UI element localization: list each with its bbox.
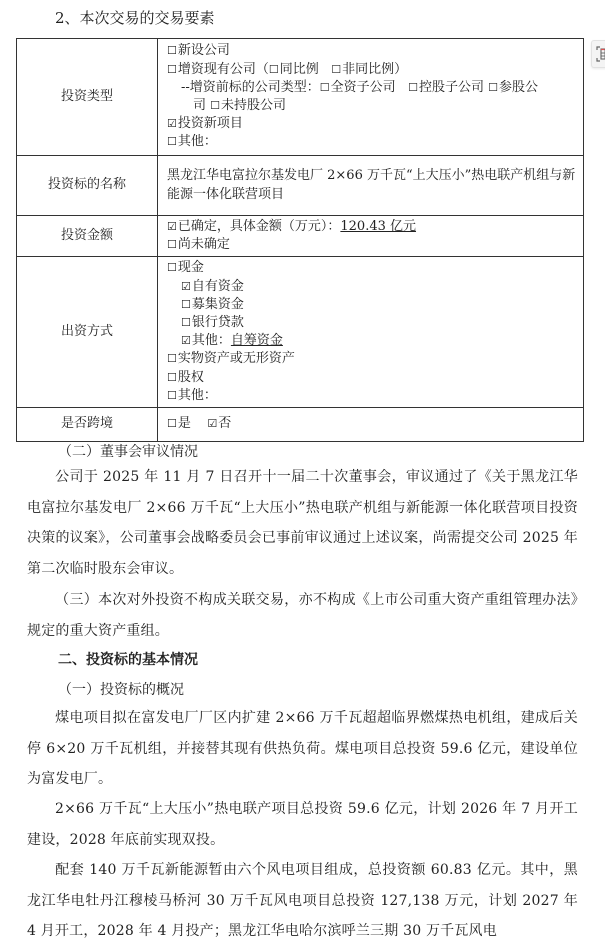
label-amount: 投资金额 — [17, 216, 158, 257]
amount-value: 120.43 亿元 — [340, 219, 416, 234]
value-funding-method: ☐现金 ☑自有资金 ☐募集资金 ☐银行贷款 ☑其他：自筹资金 ☐实物资产或无形资… — [158, 257, 584, 408]
checkbox-unchecked-icon[interactable]: ☐ — [167, 371, 177, 384]
pre-increase-company-type-cont: 司 ☐未持股公司 — [167, 97, 577, 115]
checkbox-unchecked-icon[interactable]: ☐ — [167, 238, 177, 251]
heading-target-overview: （一）投资标的概况 — [58, 680, 184, 700]
table-row-investment-type: 投资类型 ☐新设公司 ☐增资现有公司（☐同比例 ☐非同比例） --增资前标的公司… — [17, 39, 584, 156]
checkbox-unchecked-icon[interactable]: ☐ — [167, 44, 177, 57]
checkbox-unchecked-icon[interactable]: ☐ — [320, 81, 330, 94]
value-investment-type: ☐新设公司 ☐增资现有公司（☐同比例 ☐非同比例） --增资前标的公司类型：☐全… — [158, 39, 584, 156]
paragraph-related-transaction: （三）本次对外投资不构成关联交易，亦不构成《上市公司重大资产重组管理办法》规定的… — [27, 585, 578, 646]
option-physical-assets[interactable]: ☐实物资产或无形资产 — [167, 350, 577, 368]
paragraph-board-review: 公司于 2025 年 11 月 7 日召开十一届二十次董事会，审议通过了《关于黑… — [27, 462, 578, 584]
label-funding-method: 出资方式 — [17, 257, 158, 408]
label-target-name: 投资标的名称 — [17, 156, 158, 216]
checkbox-unchecked-icon[interactable]: ☐ — [488, 81, 498, 94]
label-cross-border: 是否跨境 — [17, 408, 158, 442]
option-raised-funds[interactable]: ☐募集资金 — [167, 296, 577, 314]
paragraph-chp-project: 2×66 万千瓦“上大压小”热电联产项目总投资 59.6 亿元，计划 2026 … — [27, 794, 578, 855]
floating-tool-button[interactable] — [591, 40, 605, 68]
heading-board-review: （二）董事会审议情况 — [58, 442, 198, 462]
table-row-amount: 投资金额 ☑已确定，具体金额（万元）：120.43 亿元 ☐尚未确定 — [17, 216, 584, 257]
checkbox-unchecked-icon[interactable]: ☐ — [167, 63, 177, 76]
pre-increase-company-type: --增资前标的公司类型：☐全资子公司 ☐控股子公司 ☐参股公 — [167, 79, 577, 97]
checkbox-unchecked-icon[interactable]: ☐ — [167, 261, 177, 274]
checkbox-unchecked-icon[interactable]: ☐ — [167, 417, 177, 430]
table-row-funding-method: 出资方式 ☐现金 ☑自有资金 ☐募集资金 ☐银行贷款 ☑其他：自筹资金 ☐实物资… — [17, 257, 584, 408]
checkbox-unchecked-icon[interactable]: ☐ — [269, 63, 279, 76]
option-new-company[interactable]: ☐新设公司 — [167, 42, 577, 60]
option-cross-border-yes[interactable]: ☐是 — [167, 416, 191, 431]
table-row-cross-border: 是否跨境 ☐是 ☑否 — [17, 408, 584, 442]
option-cross-border-no[interactable]: ☑否 — [207, 416, 231, 431]
value-amount: ☑已确定，具体金额（万元）：120.43 亿元 ☐尚未确定 — [158, 216, 584, 257]
checkbox-unchecked-icon[interactable]: ☐ — [331, 63, 341, 76]
label-investment-type: 投资类型 — [17, 39, 158, 156]
checkbox-unchecked-icon[interactable]: ☐ — [181, 316, 191, 329]
transaction-elements-table: 投资类型 ☐新设公司 ☐增资现有公司（☐同比例 ☐非同比例） --增资前标的公司… — [16, 38, 584, 442]
checkbox-unchecked-icon[interactable]: ☐ — [167, 389, 177, 402]
option-other[interactable]: ☐其他： — [167, 133, 577, 151]
option-amount-determined[interactable]: ☑已确定，具体金额（万元）：120.43 亿元 — [167, 218, 577, 236]
option-bank-loan[interactable]: ☐银行贷款 — [167, 314, 577, 332]
heading-basic-info: 二、投资标的基本情况 — [58, 650, 198, 670]
checkbox-unchecked-icon[interactable]: ☐ — [408, 81, 418, 94]
option-new-project[interactable]: ☑投资新项目 — [167, 115, 577, 133]
checkbox-unchecked-icon[interactable]: ☐ — [210, 99, 220, 112]
checkbox-checked-icon[interactable]: ☑ — [207, 417, 217, 430]
section-title: 2、本次交易的交易要素 — [55, 8, 215, 28]
option-cash[interactable]: ☐现金 — [167, 259, 577, 277]
option-amount-undetermined[interactable]: ☐尚未确定 — [167, 236, 577, 254]
table-row-target-name: 投资标的名称 黑龙江华电富拉尔基发电厂 2×66 万千瓦“上大压小”热电联产机组… — [17, 156, 584, 216]
value-target-name: 黑龙江华电富拉尔基发电厂 2×66 万千瓦“上大压小”热电联产机组与新能源一体化… — [158, 156, 584, 216]
checkbox-checked-icon[interactable]: ☑ — [167, 220, 177, 233]
checkbox-unchecked-icon[interactable]: ☐ — [181, 298, 191, 311]
paragraph-coal-project: 煤电项目拟在富发电厂厂区内扩建 2×66 万千瓦超超临界燃煤热电机组，建成后关停… — [27, 703, 578, 795]
checkbox-checked-icon[interactable]: ☑ — [181, 280, 191, 293]
checkbox-checked-icon[interactable]: ☑ — [167, 117, 177, 130]
other-funding-value: 自筹资金 — [231, 333, 283, 348]
table-scan-icon — [596, 46, 605, 62]
option-equity[interactable]: ☐股权 — [167, 369, 577, 387]
paragraph-new-energy: 配套 140 万千瓦新能源暂由六个风电项目组成，总投资额 60.83 亿元。其中… — [27, 855, 578, 947]
checkbox-unchecked-icon[interactable]: ☐ — [167, 135, 177, 148]
checkbox-unchecked-icon[interactable]: ☐ — [167, 352, 177, 365]
option-cash-other[interactable]: ☑其他：自筹资金 — [167, 332, 577, 350]
checkbox-checked-icon[interactable]: ☑ — [181, 334, 191, 347]
option-own-funds[interactable]: ☑自有资金 — [167, 278, 577, 296]
option-funding-other[interactable]: ☐其他： — [167, 387, 577, 405]
option-capital-increase[interactable]: ☐增资现有公司（☐同比例 ☐非同比例） — [167, 61, 577, 79]
value-cross-border: ☐是 ☑否 — [158, 408, 584, 442]
